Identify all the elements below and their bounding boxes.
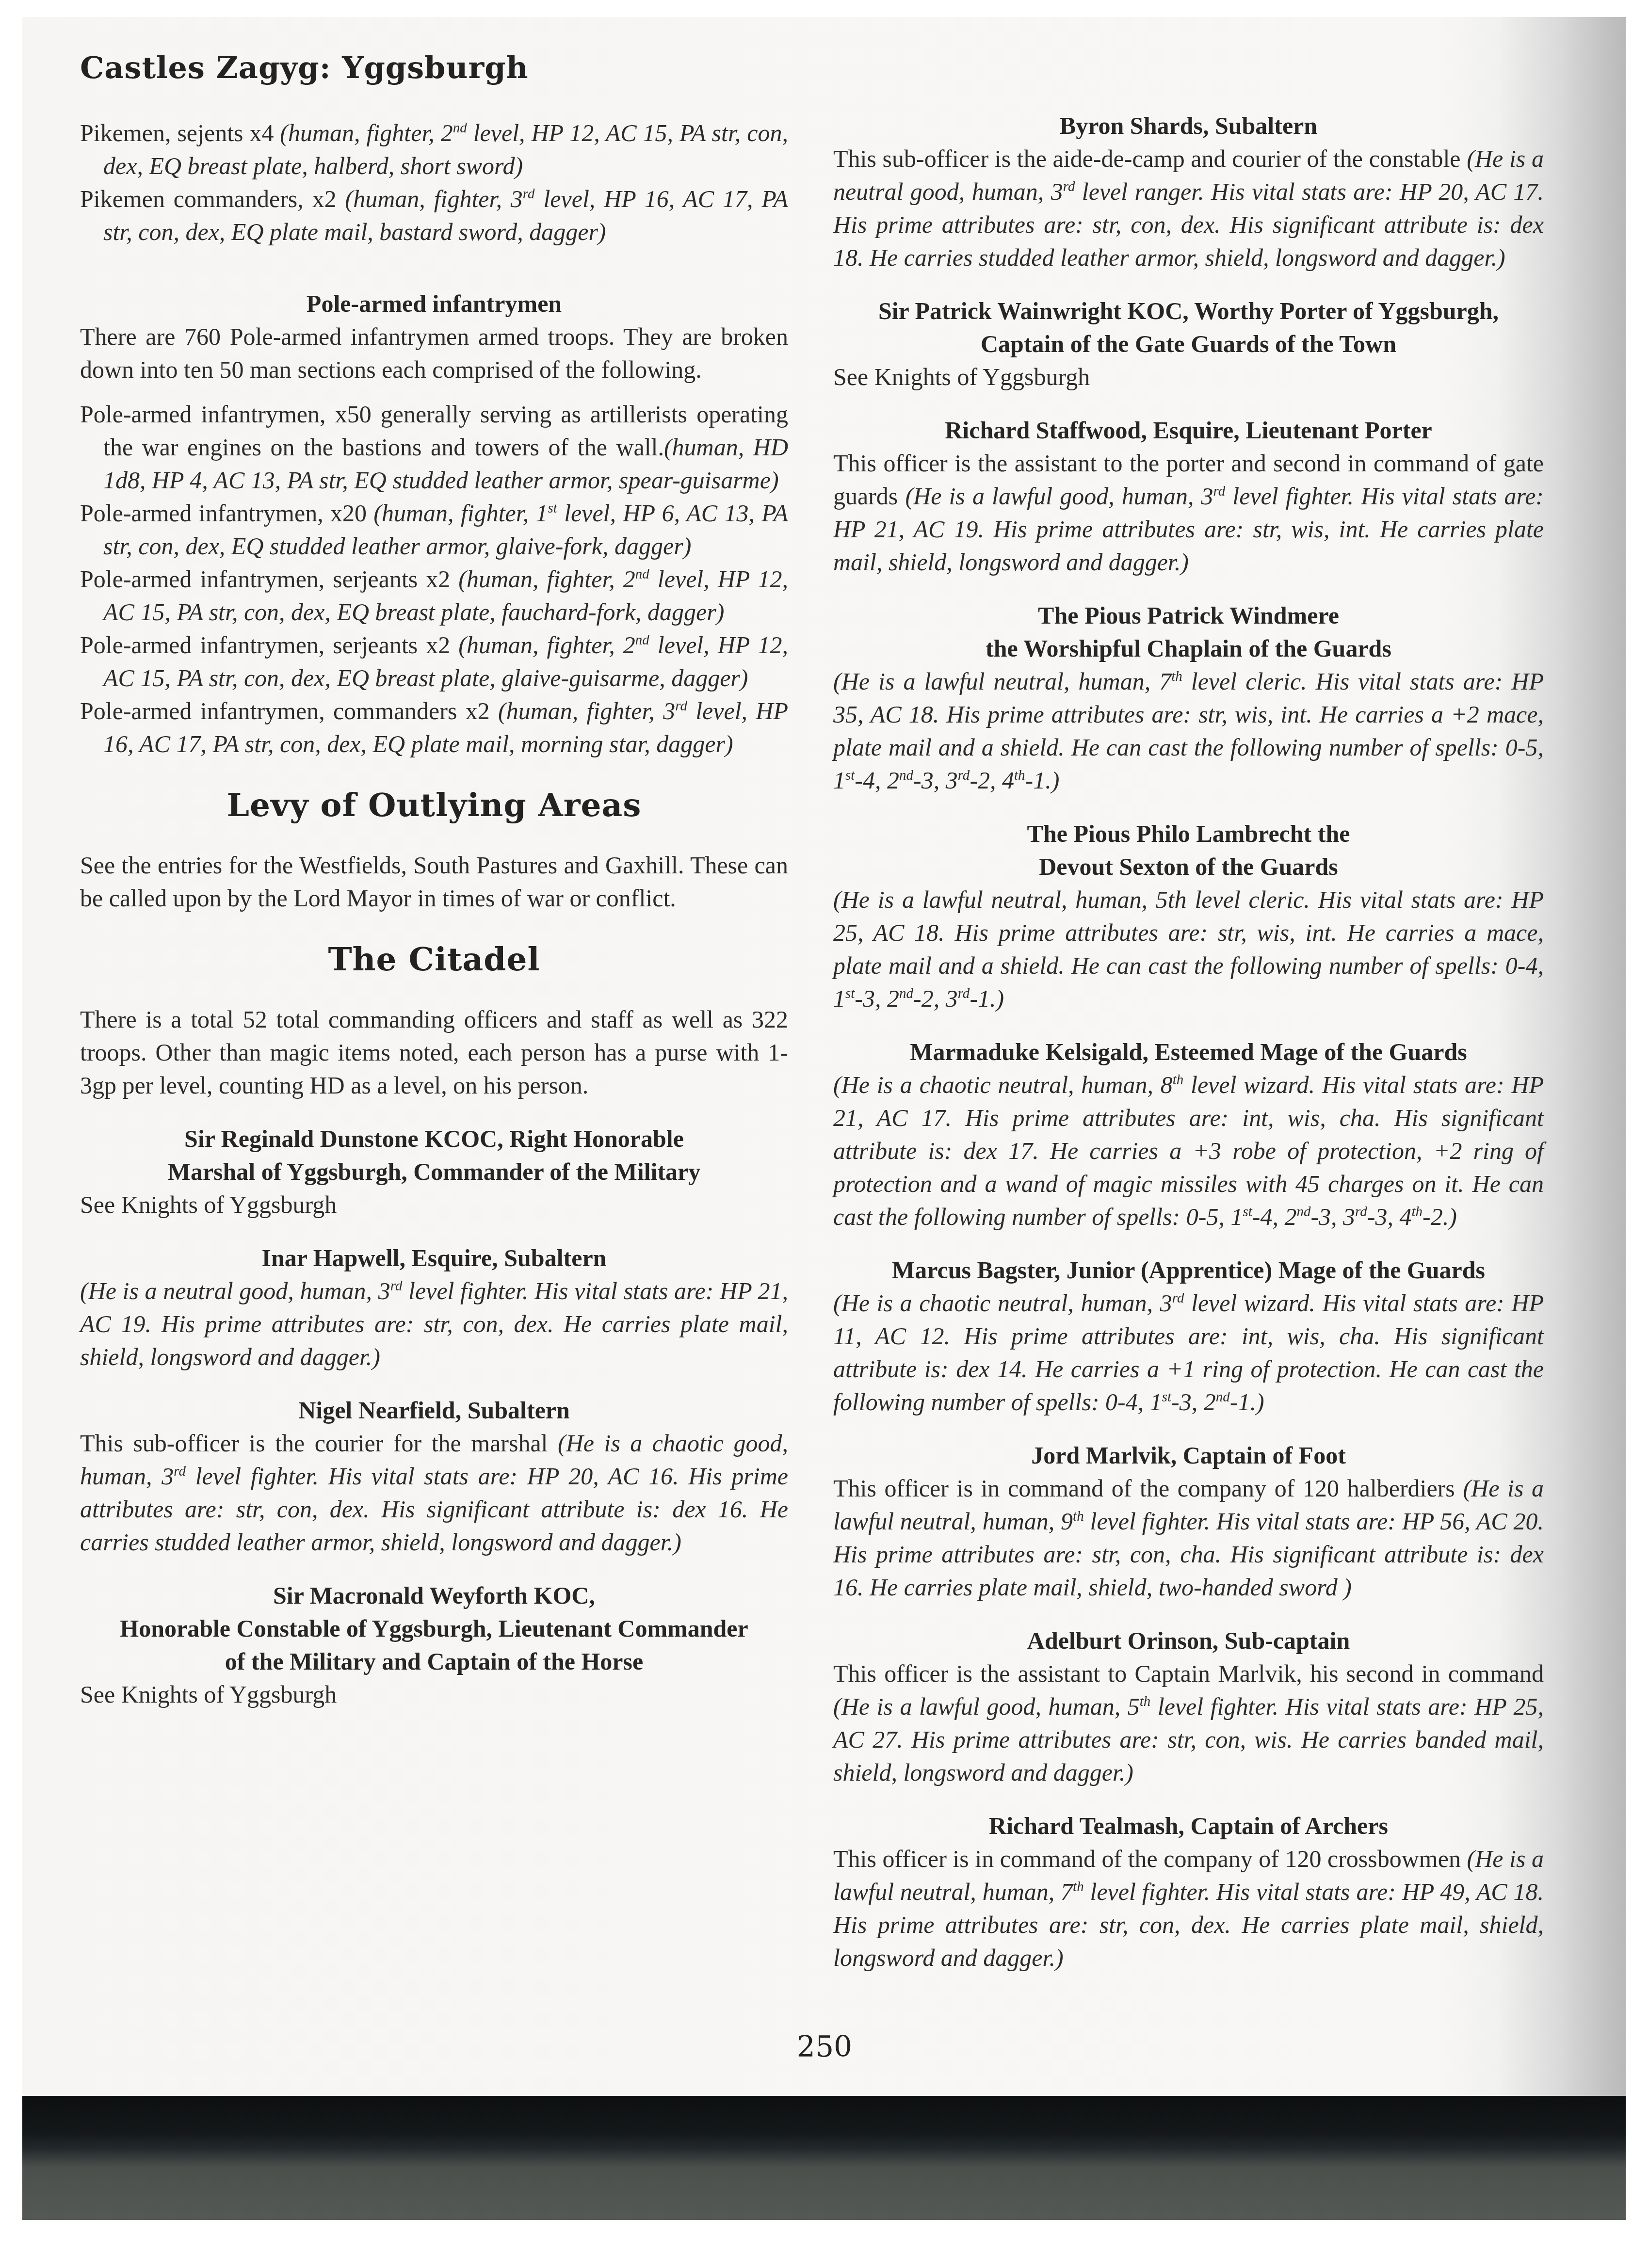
officer-description: This officer is the assistant to the por…	[833, 447, 1544, 579]
officer-stats: (He is a lawful neutral, human, 7th leve…	[833, 668, 1544, 794]
officer-entry: Sir Reginald Dunstone KCOC, Right Honora…	[80, 1122, 788, 1221]
scanner-edge-band	[22, 2096, 1626, 2220]
officer-name-line: Marcus Bagster, Junior (Apprentice) Mage…	[833, 1254, 1544, 1287]
officer-description: This officer is in command of the compan…	[833, 1472, 1544, 1604]
roster-entry: Pikemen commanders, x2 (human, fighter, …	[80, 182, 788, 248]
officer-name-line: Inar Hapwell, Esquire, Subaltern	[80, 1241, 788, 1274]
officer-name-line: Devout Sexton of the Guards	[833, 850, 1544, 883]
section-title-citadel: The Citadel	[80, 943, 788, 976]
right-column: Byron Shards, SubalternThis sub-officer …	[833, 109, 1544, 1974]
officer-entry: Adelburt Orinson, Sub-captainThis office…	[833, 1624, 1544, 1789]
officer-name-line: Byron Shards, Subaltern	[833, 109, 1544, 142]
officer-stats: (He is a chaotic neutral, human, 8th lev…	[833, 1071, 1544, 1230]
officer-name-line: of the Military and Captain of the Horse	[80, 1645, 788, 1678]
officer-name: Jord Marlvik, Captain of Foot	[833, 1439, 1544, 1472]
officer-stats: (He is a lawful neutral, human, 5th leve…	[833, 886, 1544, 1012]
officer-name-line: Richard Tealmash, Captain of Archers	[833, 1809, 1544, 1842]
officer-entry: The Pious Patrick Windmerethe Worshipful…	[833, 599, 1544, 797]
page-number: 250	[0, 2030, 1649, 2064]
officer-description-text: See Knights of Yggsburgh	[833, 363, 1090, 390]
roster-entry: Pole-armed infantrymen, serjeants x2 (hu…	[80, 628, 788, 694]
officer-stats: (He is a lawful good, human, 5th level f…	[833, 1693, 1544, 1786]
officer-name-line: Marshal of Yggsburgh, Commander of the M…	[80, 1155, 788, 1188]
officer-description-text: See Knights of Yggsburgh	[80, 1681, 337, 1708]
officer-description: See Knights of Yggsburgh	[80, 1188, 788, 1221]
officer-name: Sir Reginald Dunstone KCOC, Right Honora…	[80, 1122, 788, 1188]
roster-entry: Pole-armed infantrymen, x20 (human, figh…	[80, 497, 788, 563]
officer-list: Sir Reginald Dunstone KCOC, Right Honora…	[80, 1122, 788, 1711]
roster-entry: Pikemen, sejents x4 (human, fighter, 2nd…	[80, 116, 788, 182]
section-title-levy: Levy of Outlying Areas	[80, 788, 788, 821]
officer-description-text: This sub-officer is the courier for the …	[80, 1430, 558, 1457]
officer-description: (He is a lawful neutral, human, 5th leve…	[833, 883, 1544, 1015]
officer-entry: Marmaduke Kelsigald, Esteemed Mage of th…	[833, 1035, 1544, 1233]
officer-name: Sir Macronald Weyforth KOC,Honorable Con…	[80, 1579, 788, 1678]
officer-entry: Richard Staffwood, Esquire, Lieutenant P…	[833, 414, 1544, 579]
officer-name: Richard Staffwood, Esquire, Lieutenant P…	[833, 414, 1544, 447]
officer-description: (He is a chaotic neutral, human, 3rd lev…	[833, 1287, 1544, 1418]
officer-name-line: Captain of the Gate Guards of the Town	[833, 327, 1544, 360]
officer-description-text: This officer is the assistant to Captain…	[833, 1660, 1544, 1687]
officer-entry: Inar Hapwell, Esquire, Subaltern(He is a…	[80, 1241, 788, 1373]
officer-stats: (He is a lawful good, human, 3rd level f…	[833, 483, 1544, 576]
left-column: Castles Zagyg: Yggsburgh Pikemen, sejent…	[80, 48, 788, 1711]
roster-entry: Pole-armed infantrymen, x50 generally se…	[80, 398, 788, 497]
citadel-body: There is a total 52 total commanding off…	[80, 1003, 788, 1102]
officer-entry: The Pious Philo Lambrecht theDevout Sext…	[833, 817, 1544, 1015]
officer-name-line: the Worshipful Chaplain of the Guards	[833, 632, 1544, 665]
roster-entry: Pole-armed infantrymen, serjeants x2 (hu…	[80, 563, 788, 628]
officer-name: Inar Hapwell, Esquire, Subaltern	[80, 1241, 788, 1274]
officer-entry: Nigel Nearfield, SubalternThis sub-offic…	[80, 1394, 788, 1559]
officer-name-line: Richard Staffwood, Esquire, Lieutenant P…	[833, 414, 1544, 447]
officer-description-text: This officer is in command of the compan…	[833, 1845, 1467, 1872]
officer-description-text: This officer is in command of the compan…	[833, 1475, 1463, 1502]
officer-description: See Knights of Yggsburgh	[833, 360, 1544, 393]
officer-name: The Pious Patrick Windmerethe Worshipful…	[833, 599, 1544, 665]
officer-name-line: Sir Patrick Wainwright KOC, Worthy Porte…	[833, 294, 1544, 327]
officer-name-line: The Pious Philo Lambrecht the	[833, 817, 1544, 850]
officer-name: Nigel Nearfield, Subaltern	[80, 1394, 788, 1427]
officer-name: Marcus Bagster, Junior (Apprentice) Mage…	[833, 1254, 1544, 1287]
officer-description: This officer is the assistant to Captain…	[833, 1657, 1544, 1789]
officer-description-text: This sub-officer is the aide-de-camp and…	[833, 145, 1467, 172]
officer-description: See Knights of Yggsburgh	[80, 1678, 788, 1711]
officer-description: This sub-officer is the aide-de-camp and…	[833, 142, 1544, 274]
officer-name: Sir Patrick Wainwright KOC, Worthy Porte…	[833, 294, 1544, 360]
officer-entry: Marcus Bagster, Junior (Apprentice) Mage…	[833, 1254, 1544, 1418]
officer-name-line: Honorable Constable of Yggsburgh, Lieute…	[80, 1612, 788, 1645]
officer-list: Byron Shards, SubalternThis sub-officer …	[833, 109, 1544, 1974]
officer-name: Byron Shards, Subaltern	[833, 109, 1544, 142]
levy-body: See the entries for the Westfields, Sout…	[80, 849, 788, 915]
officer-entry: Richard Tealmash, Captain of ArchersThis…	[833, 1809, 1544, 1974]
officer-stats: (He is a chaotic neutral, human, 3rd lev…	[833, 1289, 1544, 1415]
officer-entry: Sir Patrick Wainwright KOC, Worthy Porte…	[833, 294, 1544, 393]
officer-name-line: Marmaduke Kelsigald, Esteemed Mage of th…	[833, 1035, 1544, 1068]
officer-name-line: The Pious Patrick Windmere	[833, 599, 1544, 632]
section-subheading: Pole-armed infantrymen	[80, 287, 788, 320]
section-intro: There are 760 Pole-armed infantrymen arm…	[80, 320, 788, 386]
officer-name: The Pious Philo Lambrecht theDevout Sext…	[833, 817, 1544, 883]
officer-entry: Sir Macronald Weyforth KOC,Honorable Con…	[80, 1579, 788, 1711]
officer-description: This officer is in command of the compan…	[833, 1842, 1544, 1974]
roster-entry: Pole-armed infantrymen, commanders x2 (h…	[80, 694, 788, 760]
officer-description: (He is a neutral good, human, 3rd level …	[80, 1274, 788, 1373]
officer-name: Adelburt Orinson, Sub-captain	[833, 1624, 1544, 1657]
officer-description-text: See Knights of Yggsburgh	[80, 1191, 337, 1218]
officer-entry: Jord Marlvik, Captain of FootThis office…	[833, 1439, 1544, 1604]
officer-name-line: Sir Reginald Dunstone KCOC, Right Honora…	[80, 1122, 788, 1155]
officer-name-line: Jord Marlvik, Captain of Foot	[833, 1439, 1544, 1472]
officer-name: Marmaduke Kelsigald, Esteemed Mage of th…	[833, 1035, 1544, 1068]
officer-description: This sub-officer is the courier for the …	[80, 1427, 788, 1559]
running-title: Castles Zagyg: Yggsburgh	[80, 48, 788, 87]
officer-name-line: Adelburt Orinson, Sub-captain	[833, 1624, 1544, 1657]
officer-description: (He is a chaotic neutral, human, 8th lev…	[833, 1068, 1544, 1233]
officer-entry: Byron Shards, SubalternThis sub-officer …	[833, 109, 1544, 274]
officer-name-line: Sir Macronald Weyforth KOC,	[80, 1579, 788, 1612]
officer-name: Richard Tealmash, Captain of Archers	[833, 1809, 1544, 1842]
officer-description: (He is a lawful neutral, human, 7th leve…	[833, 665, 1544, 797]
officer-stats: (He is a neutral good, human, 3rd level …	[80, 1277, 788, 1370]
officer-name-line: Nigel Nearfield, Subaltern	[80, 1394, 788, 1427]
